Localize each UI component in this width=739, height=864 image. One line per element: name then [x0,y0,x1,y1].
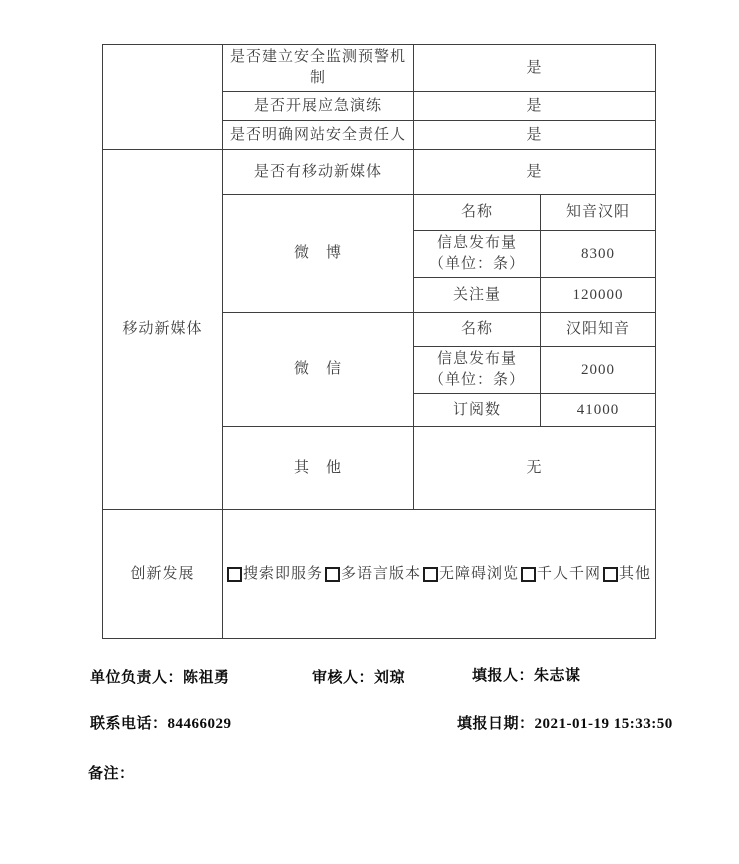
weibo-label-cell: 微 博 [223,195,414,313]
report-date-field: 填报日期：2021-01-19 15:33:50 [457,712,673,733]
remarks-label: 备注： [88,766,135,782]
security-answer-cell: 是 [414,92,656,121]
wechat-value-cell: 41000 [541,394,656,427]
innovation-option-label: 无障碍浏览 [439,564,519,585]
report-table: 是否建立安全监测预警机制 是 是否开展应急演练 是 是否明确网站安全责任人 是 … [102,44,656,639]
innovation-option-label: 搜索即服务 [243,564,323,585]
weibo-field-cell: 关注量 [414,278,541,313]
unit-head-label: 单位负责人： [90,670,183,686]
security-section-cell [103,45,223,150]
weibo-value-cell: 8300 [541,231,656,278]
report-date-value: 2021-01-19 15:33:50 [535,716,673,732]
innovation-option: 无障碍浏览 [421,564,519,585]
checkbox-icon[interactable] [227,567,242,582]
report-date-label: 填报日期： [457,716,535,732]
filler-field: 填报人：朱志谋 [472,664,581,685]
security-answer-cell: 是 [414,121,656,150]
checkbox-icon[interactable] [325,567,340,582]
checkbox-icon[interactable] [521,567,536,582]
innovation-option: 搜索即服务 [227,564,323,585]
innovation-options-cell: 搜索即服务 多语言版本 无障碍浏览 千人千网 其他 [223,510,656,639]
security-question-cell: 是否明确网站安全责任人 [223,121,414,150]
wechat-field-cell: 订阅数 [414,394,541,427]
checkbox-icon[interactable] [603,567,618,582]
has-mobile-media-answer-cell: 是 [414,150,656,195]
filler-value: 朱志谋 [534,668,581,684]
weibo-value-cell: 知音汉阳 [541,195,656,231]
reviewer-label: 审核人： [312,670,374,686]
innovation-option-label: 其他 [619,564,651,585]
wechat-value-cell: 汉阳知音 [541,313,656,347]
phone-field: 联系电话：84466029 [90,712,232,733]
innovation-options-line: 搜索即服务 多语言版本 无障碍浏览 千人千网 其他 [227,564,651,585]
phone-value: 84466029 [168,716,232,732]
security-question-cell: 是否建立安全监测预警机制 [223,45,414,92]
security-answer-cell: 是 [414,45,656,92]
other-media-value-cell: 无 [414,427,656,510]
security-question-cell: 是否开展应急演练 [223,92,414,121]
innovation-option: 千人千网 [519,564,601,585]
remarks-field: 备注： [88,762,135,783]
wechat-value-cell: 2000 [541,347,656,394]
innovation-option: 其他 [601,564,651,585]
innovation-section-label: 创新发展 [103,510,223,639]
unit-head-value: 陈祖勇 [183,670,230,686]
other-media-label-cell: 其 他 [223,427,414,510]
unit-head-field: 单位负责人：陈祖勇 [90,666,230,687]
phone-label: 联系电话： [90,716,168,732]
wechat-field-cell: 名称 [414,313,541,347]
weibo-field-cell: 信息发布量 （单位：条） [414,231,541,278]
innovation-option-label: 多语言版本 [341,564,421,585]
mobile-media-section-label: 移动新媒体 [103,150,223,510]
wechat-field-cell: 信息发布量 （单位：条） [414,347,541,394]
filler-label: 填报人： [472,668,534,684]
reviewer-value: 刘琼 [374,670,405,686]
reviewer-field: 审核人：刘琼 [312,666,405,687]
checkbox-icon[interactable] [423,567,438,582]
has-mobile-media-question-cell: 是否有移动新媒体 [223,150,414,195]
innovation-option-label: 千人千网 [537,564,601,585]
weibo-field-cell: 名称 [414,195,541,231]
weibo-value-cell: 120000 [541,278,656,313]
wechat-label-cell: 微 信 [223,313,414,427]
innovation-option: 多语言版本 [323,564,421,585]
